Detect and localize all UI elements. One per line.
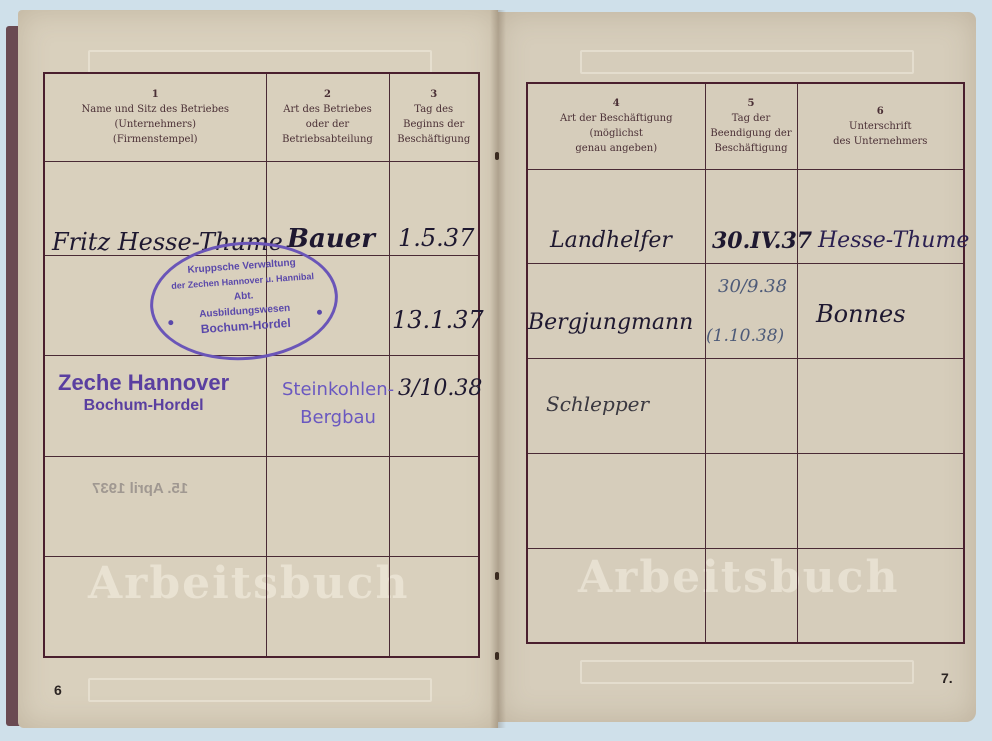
decorative-border-band — [580, 660, 914, 684]
handwritten-end-date: 30.IV.37 — [712, 228, 812, 254]
column-header-business-type: 2 Art des Betriebes oder der Betriebsabt… — [266, 73, 389, 161]
table-row — [44, 557, 479, 657]
handwritten-signature: Hesse-Thume — [818, 228, 969, 253]
employment-table-left: 1 Name und Sitz des Betriebes (Unternehm… — [43, 72, 480, 658]
handwritten-occupation: Bergjungmann — [528, 310, 693, 335]
column-header-occupation: 4 Art der Beschäftigung (möglichst genau… — [527, 83, 705, 169]
handwritten-end-date-note: (1.10.38) — [706, 326, 784, 346]
book-gutter — [490, 10, 506, 728]
employment-table-right: 4 Art der Beschäftigung (möglichst genau… — [526, 82, 965, 644]
handwritten-occupation: Schlepper — [546, 392, 649, 416]
business-type-rubber-stamp: Steinkohlen- Bergbau — [282, 376, 394, 432]
table-row — [527, 548, 964, 643]
decorative-border-band — [88, 50, 432, 74]
page-number: 6 — [54, 682, 62, 698]
handwritten-start-date: 13.1.37 — [392, 306, 484, 334]
column-header-company: 1 Name und Sitz des Betriebes (Unternehm… — [44, 73, 266, 161]
binding-stitch — [495, 152, 499, 160]
decorative-border-band — [88, 678, 432, 702]
column-header-employer-signature: 6 Unterschrift des Unternehmers — [797, 83, 964, 169]
binding-stitch — [495, 572, 499, 580]
table-header-row: 1 Name und Sitz des Betriebes (Unternehm… — [44, 73, 479, 161]
handwritten-occupation: Landhelfer — [550, 228, 672, 253]
decorative-border-band — [580, 50, 914, 74]
column-header-end-date: 5 Tag der Beendigung der Beschäftigung — [705, 83, 797, 169]
faded-mirrored-date-stamp: 15. April 1937 — [92, 480, 188, 497]
handwritten-start-date: 1.5.37 — [398, 224, 474, 252]
handwritten-end-date: 30/9.38 — [718, 276, 787, 297]
handwritten-signature: Bonnes — [816, 300, 906, 328]
table-row — [527, 453, 964, 548]
company-rubber-stamp: Zeche Hannover Bochum-Hordel — [58, 370, 229, 416]
binding-stitch — [495, 652, 499, 660]
column-header-start-date: 3 Tag des Beginns der Beschäftigung — [389, 73, 479, 161]
table-row — [44, 456, 479, 556]
page-number: 7. — [941, 670, 953, 686]
handwritten-start-date: 3/10.38 — [398, 376, 482, 401]
table-header-row: 4 Art der Beschäftigung (möglichst genau… — [527, 83, 964, 169]
handwritten-business-type: Bauer — [287, 224, 375, 254]
